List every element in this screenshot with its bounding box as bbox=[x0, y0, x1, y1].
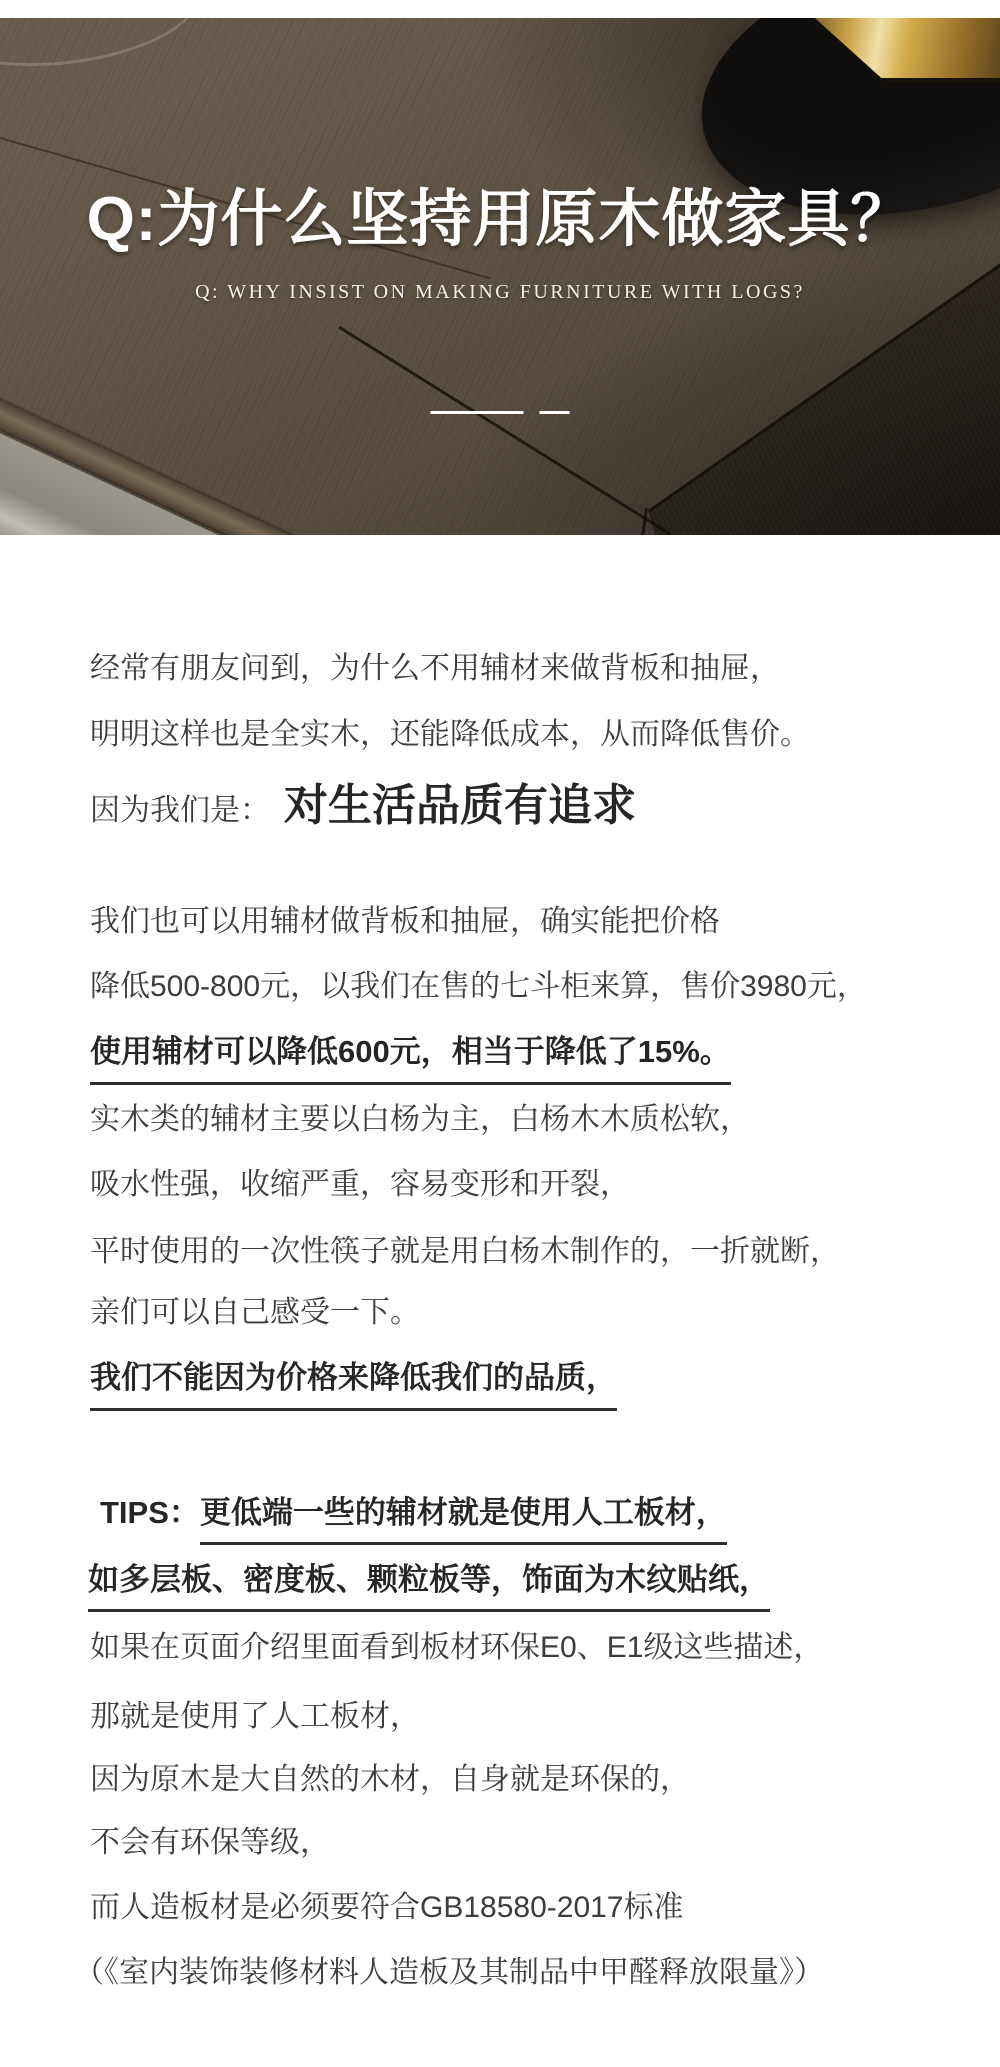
paragraph-line: 平时使用的一次性筷子就是用白杨木制作的，一折就断， bbox=[90, 1235, 840, 1269]
emphasis-line: 我们不能因为价格来降低我们的品质， bbox=[90, 1361, 617, 1411]
quality-highlight: 对生活品质有追求 bbox=[284, 781, 636, 830]
paragraph-line: 经常有朋友问到，为什么不用辅材来做背板和抽屉， bbox=[90, 652, 780, 686]
paragraph-line: 亲们可以自己感受一下。 bbox=[90, 1296, 420, 1330]
product-detail-page: Q:为什么坚持用原木做家具？ Q: WHY INSIST ON MAKING F… bbox=[0, 0, 1000, 2067]
tips-line: TIPS：更低端一些的辅材就是使用人工板材， bbox=[100, 1496, 727, 1545]
paragraph-line: 我们也可以用辅材做背板和抽屉，确实能把价格 bbox=[90, 905, 720, 939]
hero-photo: Q:为什么坚持用原木做家具？ Q: WHY INSIST ON MAKING F… bbox=[0, 18, 1000, 535]
paragraph-line: 明明这样也是全实木，还能降低成本，从而降低售价。 bbox=[90, 718, 810, 752]
paragraph-line: 降低500-800元，以我们在售的七斗柜来算，售价3980元， bbox=[90, 970, 867, 1004]
divider-long-bar bbox=[431, 411, 524, 414]
paragraph-line-mixed: 因为我们是：对生活品质有追求 bbox=[90, 783, 636, 834]
hero-question-title: Q:为什么坚持用原木做家具？ bbox=[0, 188, 1000, 252]
standard-reference-line: （《室内装饰装修材料人造板及其制品中甲醛释放限量》） bbox=[74, 1956, 824, 1990]
paragraph-line: 如果在页面介绍里面看到板材环保E0、E1级这些描述， bbox=[90, 1631, 823, 1665]
underlined-emphasis: 我们不能因为价格来降低我们的品质， bbox=[90, 1361, 617, 1411]
tips-line: 如多层板、密度板、颗粒板等，饰面为木纹贴纸， bbox=[88, 1563, 770, 1612]
underlined-emphasis: 更低端一些的辅材就是使用人工板材， bbox=[200, 1496, 727, 1545]
paragraph-line: 吸水性强，收缩严重，容易变形和开裂， bbox=[90, 1168, 630, 1202]
underlined-emphasis: 如多层板、密度板、颗粒板等，饰面为木纹贴纸， bbox=[88, 1563, 770, 1612]
tips-label: TIPS： bbox=[100, 1495, 200, 1530]
underlined-emphasis: 使用辅材可以降低600元，相当于降低了15%。 bbox=[90, 1035, 731, 1085]
paragraph-line: 而人造板材是必须要符合GB18580-2017标准 bbox=[90, 1891, 684, 1925]
paragraph-line: 不会有环保等级， bbox=[90, 1826, 330, 1860]
paragraph-line: 那就是使用了人工板材， bbox=[90, 1700, 420, 1734]
reason-prefix: 因为我们是： bbox=[90, 794, 270, 827]
divider-short-bar bbox=[540, 411, 570, 414]
hero-divider bbox=[431, 411, 570, 414]
paragraph-line: 实木类的辅材主要以白杨为主，白杨木木质松软， bbox=[90, 1103, 750, 1137]
hero-english-subtitle: Q: WHY INSIST ON MAKING FURNITURE WITH L… bbox=[0, 281, 1000, 303]
emphasis-line: 使用辅材可以降低600元，相当于降低了15%。 bbox=[90, 1035, 731, 1085]
paragraph-line: 因为原木是大自然的木材，自身就是环保的， bbox=[90, 1763, 690, 1797]
